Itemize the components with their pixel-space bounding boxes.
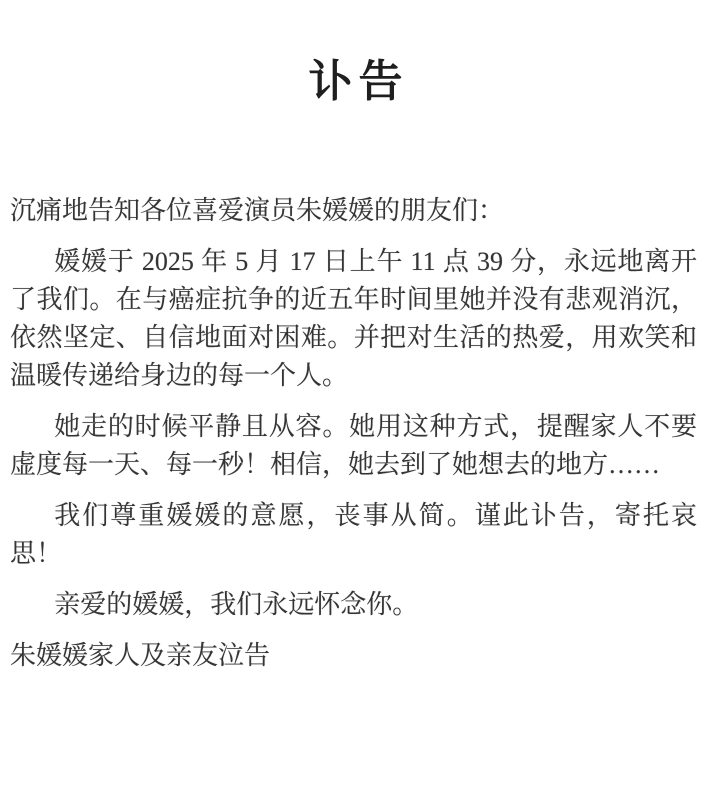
notice-title: 讣告 (0, 0, 711, 106)
paragraph-peaceful-departure: 她走的时候平静且从容。她用这种方式，提醒家人不要虚度每一天、每一秒！相信，她去到… (10, 408, 697, 484)
paragraph-farewell: 亲爱的媛媛，我们永远怀念你。 (10, 586, 697, 624)
paragraph-simple-funeral: 我们尊重媛媛的意愿，丧事从简。谨此讣告，寄托哀思！ (10, 497, 697, 573)
notice-body: 沉痛地告知各位喜爱演员朱媛媛的朋友们： 媛媛于 2025 年 5 月 17 日上… (0, 192, 711, 675)
signature-line: 朱媛媛家人及亲友泣告 (10, 637, 697, 675)
paragraph-passing-announcement: 媛媛于 2025 年 5 月 17 日上午 11 点 39 分，永远地离开了我们… (10, 243, 697, 395)
obituary-notice-page: 讣告 沉痛地告知各位喜爱演员朱媛媛的朋友们： 媛媛于 2025 年 5 月 17… (0, 0, 711, 809)
salutation-line: 沉痛地告知各位喜爱演员朱媛媛的朋友们： (10, 192, 697, 230)
